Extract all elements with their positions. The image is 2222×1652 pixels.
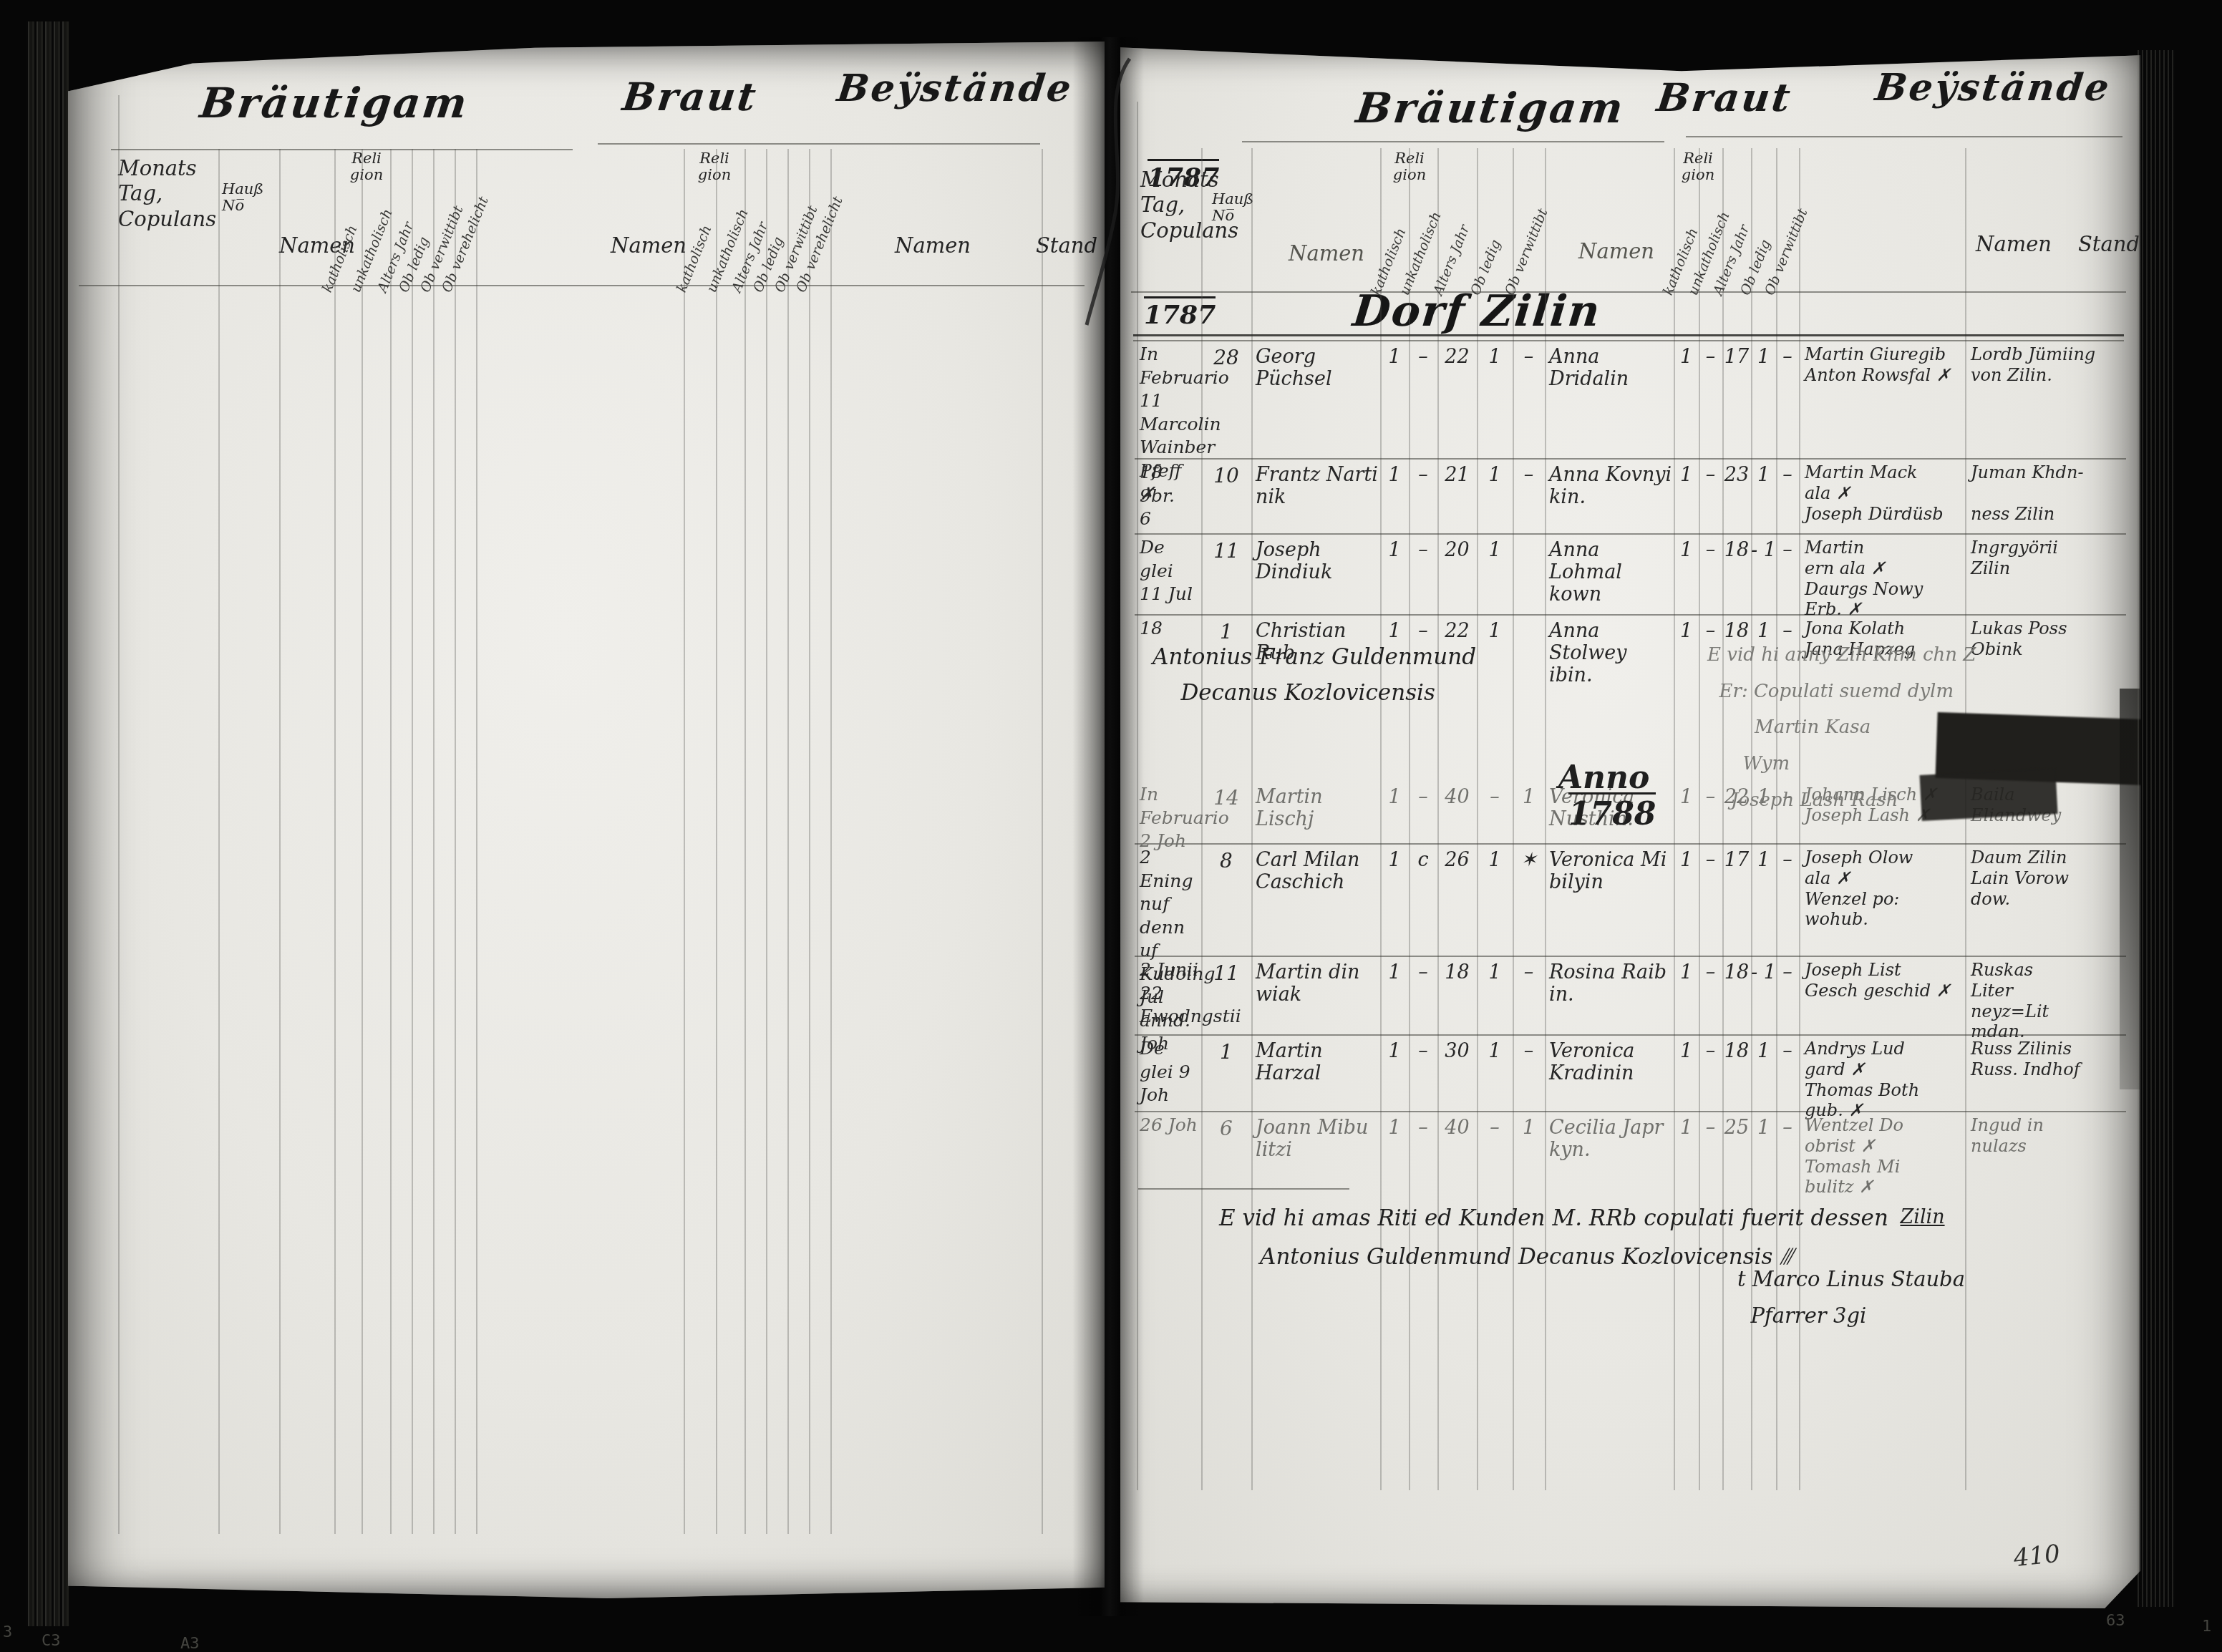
entry-bride-name: Veronica Kradinin: [1545, 1034, 1674, 1121]
entry-groom-noncath: –: [1409, 956, 1437, 1042]
page-number: 410: [2012, 1540, 2062, 1573]
entry-groom-single: 1: [1477, 956, 1513, 1042]
scanned-register-spread: katholischunkatholischAlters JahrOb ledi…: [0, 0, 2222, 1652]
entry-groom-name: Joseph Dindiuk: [1251, 533, 1380, 620]
title-year: 1787: [1144, 296, 1216, 330]
entry-house-no: 1: [1201, 1034, 1251, 1121]
entry-bride-name: Anna Stolwey ibin.: [1545, 614, 1674, 686]
entry-bride-catholic: 1: [1674, 458, 1699, 533]
left-col-bride-name: Namen: [611, 233, 687, 258]
entry-house-no: 11: [1201, 956, 1251, 1042]
right-col-bride-name: Namen: [1578, 239, 1654, 264]
column-rule: [334, 149, 336, 1534]
entry-bride-catholic: 1: [1674, 1034, 1699, 1121]
entry-witness-2: Ruskas Liter neyz=Lit mdan.: [1965, 956, 2124, 1042]
entry-groom-single: 1: [1477, 614, 1513, 686]
entry-date: In Februario 2 Joh: [1137, 780, 1201, 853]
edge-shadow-streak: [2120, 689, 2140, 1089]
entry-witness-1: Martin ern ala ✗ Daurgs Nowy Erb. ✗: [1799, 533, 1965, 620]
entry-date: De glei 11 Jul: [1137, 533, 1201, 620]
entry-groom-noncath: –: [1409, 1111, 1437, 1197]
column-rule: [684, 149, 685, 1534]
entry-date: De glei 9 Joh: [1137, 1034, 1201, 1121]
entry-groom-noncath: –: [1409, 1034, 1437, 1121]
column-rule: [744, 149, 746, 1534]
entry-bride-noncath: –: [1699, 956, 1722, 1042]
entry-bride-name: Rosina Raib in.: [1545, 956, 1674, 1042]
column-rule: [766, 149, 767, 1534]
column-rule: [218, 149, 220, 1534]
register-row: 18 9br. 6 10 Frantz Narti nik 1 – 21 1 –…: [1137, 458, 2124, 533]
entry-bride-single: - 1: [1751, 956, 1776, 1042]
entry-groom-single: 1: [1477, 458, 1513, 533]
left-witness-header: Beÿstände: [835, 67, 1075, 110]
entry-groom-single: 1: [1477, 1034, 1513, 1121]
entry-witness-1: Joseph List Gesch geschid ✗: [1799, 956, 1965, 1042]
entry-groom-widowed: 1: [1513, 1111, 1545, 1197]
entry-bride-catholic: 1: [1674, 956, 1699, 1042]
left-col-witness-name: Namen: [895, 233, 971, 258]
left-col-witness-stand: Stand: [1036, 233, 1097, 258]
entry-witness-2: Russ Zilinis Russ. Indhof: [1965, 1034, 2124, 1121]
entry-house-no: 14: [1201, 780, 1251, 853]
entry-house-no: 6: [1201, 1111, 1251, 1197]
entry-groom-catholic: 1: [1380, 1111, 1409, 1197]
column-rule: [830, 149, 832, 1534]
anno-year: 1788: [1568, 792, 1656, 832]
entry-witness-1: Martin Mack ala ✗ Joseph Dürdüsb: [1799, 458, 1965, 533]
entry-bride-single: - 1: [1751, 533, 1776, 620]
entry-bride-name: Anna Kovnyi kin.: [1545, 458, 1674, 533]
register-row: 26 Joh 6 Joann Mibu litzi 1 – 40 – 1 Cec…: [1137, 1111, 2124, 1188]
column-rule: [1042, 149, 1043, 1534]
row-rule: [1131, 291, 2126, 293]
entry-house-no: 10: [1201, 458, 1251, 533]
row-rule: [79, 285, 1085, 286]
right-col-witness-stand: Stand: [2078, 232, 2140, 257]
row-rule: [1686, 136, 2122, 137]
register-row: 2 Junii 22 Ewodngstii 11 Martin din wiak…: [1137, 956, 2124, 1034]
entry-groom-name: Martin Harzal: [1251, 1034, 1380, 1121]
entry-groom-widowed: –: [1513, 1034, 1545, 1121]
entry-groom-name: Martin din wiak: [1251, 956, 1380, 1042]
row-rule: [111, 149, 573, 150]
entry-bride-widowed: –: [1776, 1111, 1799, 1197]
column-rule: [716, 149, 717, 1534]
right-witness-header: Beÿstände: [1873, 66, 2113, 110]
closing-note-line1: E vid hi amas Riti ed Kunden M. RRb copu…: [1219, 1205, 1888, 1231]
entry-bride-widowed: –: [1776, 956, 1799, 1042]
entry-groom-catholic: 1: [1380, 780, 1409, 853]
entry-groom-catholic: 1: [1380, 956, 1409, 1042]
entry-groom-single: 1: [1477, 533, 1513, 620]
entry-bride-age: 23: [1722, 458, 1751, 533]
entry-bride-widowed: –: [1776, 533, 1799, 620]
entry-witness-2: Lukas Poss Obink: [1965, 614, 2124, 686]
tape-patch-artifact-2: [1919, 768, 2057, 821]
entry-bride-widowed: –: [1776, 458, 1799, 533]
left-bride-header: Braut: [620, 74, 760, 120]
entry-groom-name: Martin Lischj: [1251, 780, 1380, 853]
entry-bride-catholic: 1: [1674, 780, 1699, 853]
anno-1788-heading: Anno 1788: [1493, 723, 1656, 869]
entry-groom-noncath: –: [1409, 533, 1437, 620]
pastor-side-note: t Marco Linus Stauba Pfarrer 3gi: [1737, 1261, 1965, 1334]
column-rule: [809, 149, 810, 1534]
entry-bride-single: 1: [1751, 1034, 1776, 1121]
right-col-witness-name: Namen: [1976, 232, 2052, 257]
entry-groom-widowed: –: [1513, 458, 1545, 533]
column-rule: [476, 149, 477, 1534]
left-groom-header: Bräutigam: [198, 79, 472, 127]
entry-bride-single: 1: [1751, 458, 1776, 533]
ruler-mark-5: 1: [2202, 1618, 2211, 1636]
row-rule: [1242, 141, 1664, 142]
entry-groom-age: 20: [1437, 533, 1477, 620]
column-rule: [279, 149, 281, 1534]
right-col-groom-name: Namen: [1289, 241, 1364, 266]
closing-place-text: Zilin: [1901, 1206, 1945, 1228]
entry-groom-name: Joann Mibu litzi: [1251, 1111, 1380, 1197]
entry-groom-widowed: [1513, 533, 1545, 620]
entry-bride-noncath: –: [1699, 458, 1722, 533]
entry-bride-single: 1: [1751, 1111, 1776, 1197]
ruler-mark-1: 3: [3, 1623, 12, 1641]
register-row: De glei 11 Jul 11 Joseph Dindiuk 1 – 20 …: [1137, 533, 2124, 614]
column-rule: [412, 149, 413, 1534]
anno-prefix: Anno: [1558, 759, 1649, 796]
register-row: In Februario 11 Marcolin Wainber Pfeff ✗…: [1137, 340, 2124, 458]
entry-bride-age: 18: [1722, 1034, 1751, 1121]
entry-bride-age: 18: [1722, 533, 1751, 620]
entry-bride-age: 25: [1722, 1111, 1751, 1197]
entry-groom-catholic: 1: [1380, 533, 1409, 620]
ruler-mark-3: A3: [180, 1635, 200, 1652]
entry-groom-noncath: –: [1409, 780, 1437, 853]
entry-date: 26 Joh: [1137, 1111, 1201, 1197]
register-1787-rows: In Februario 11 Marcolin Wainber Pfeff ✗…: [1137, 340, 2124, 679]
entry-bride-name: Anna Lohmal kown: [1545, 533, 1674, 620]
entry-groom-catholic: 1: [1380, 458, 1409, 533]
entry-groom-age: 30: [1437, 1034, 1477, 1121]
column-rule: [433, 149, 435, 1534]
column-rule: [362, 149, 363, 1534]
closing-note-line2: Antonius Guldenmund Decanus Kozlovicensi…: [1260, 1244, 1793, 1270]
entry-groom-widowed: –: [1513, 956, 1545, 1042]
entry-bride-catholic: 1: [1674, 614, 1699, 686]
left-col-house: Hauß No̅: [222, 181, 263, 214]
entry-bride-noncath: –: [1699, 1111, 1722, 1197]
column-rule: [455, 149, 456, 1534]
right-page: katholischunkatholischAlters JahrOb ledi…: [1120, 44, 2140, 1608]
entry-groom-single: –: [1477, 1111, 1513, 1197]
entry-bride-age: 18: [1722, 956, 1751, 1042]
entry-witness-2: Ingrgyörii Zilin: [1965, 533, 2124, 620]
entry-house-no: 11: [1201, 533, 1251, 620]
register-row: De glei 9 Joh 1 Martin Harzal 1 – 30 1 –…: [1137, 1034, 2124, 1111]
left-col-date: Monats Tag, Copulans: [118, 156, 216, 232]
right-groom-header: Bräutigam: [1354, 84, 1628, 132]
entry-bride-name: Cecilia Japr kyn.: [1545, 1111, 1674, 1197]
column-rule: [118, 95, 120, 1534]
fore-edge-streaks: [2138, 50, 2175, 1607]
entry-groom-age: 40: [1437, 780, 1477, 853]
right-col-house: Hauß No̅: [1212, 191, 1253, 224]
entry-witness-2: Juman Khdn- ness Zilin: [1965, 458, 2124, 533]
row-rule: [598, 143, 1040, 145]
entry-date: 18 9br. 6: [1137, 458, 1201, 533]
entry-date: 2 Junii 22 Ewodngstii: [1137, 956, 1201, 1042]
entry-witness-2: Ingud in nulazs: [1965, 1111, 2124, 1197]
right-bride-header: Braut: [1654, 74, 1795, 120]
entry-bride-noncath: –: [1699, 533, 1722, 620]
entry-bride-catholic: 1: [1674, 1111, 1699, 1197]
entry-bride-widowed: –: [1776, 1034, 1799, 1121]
ruler-mark-4: 63: [2106, 1612, 2125, 1630]
entry-groom-age: 18: [1437, 956, 1477, 1042]
entry-groom-age: 21: [1437, 458, 1477, 533]
entry-groom-widowed: [1513, 614, 1545, 686]
entry-groom-name: Frantz Narti nik: [1251, 458, 1380, 533]
row-rule: [1133, 334, 2124, 336]
entry-groom-catholic: 1: [1380, 1034, 1409, 1121]
column-rule: [787, 149, 789, 1534]
entry-bride-catholic: 1: [1674, 533, 1699, 620]
dean-signature-1787: Antonius Franz Guldenmund Decanus Kozlov…: [1153, 640, 1476, 711]
column-rule: [390, 149, 392, 1534]
ruler-mark-2: C3: [42, 1632, 61, 1650]
entry-groom-noncath: –: [1409, 458, 1437, 533]
left-page: katholischunkatholischAlters JahrOb ledi…: [68, 42, 1105, 1598]
book-page-stack-edge: [26, 21, 70, 1626]
entry-witness-1: Andrys Lud gard ✗ Thomas Both gub. ✗: [1799, 1034, 1965, 1121]
entry-bride-noncath: –: [1699, 1034, 1722, 1121]
entry-groom-age: 40: [1437, 1111, 1477, 1197]
